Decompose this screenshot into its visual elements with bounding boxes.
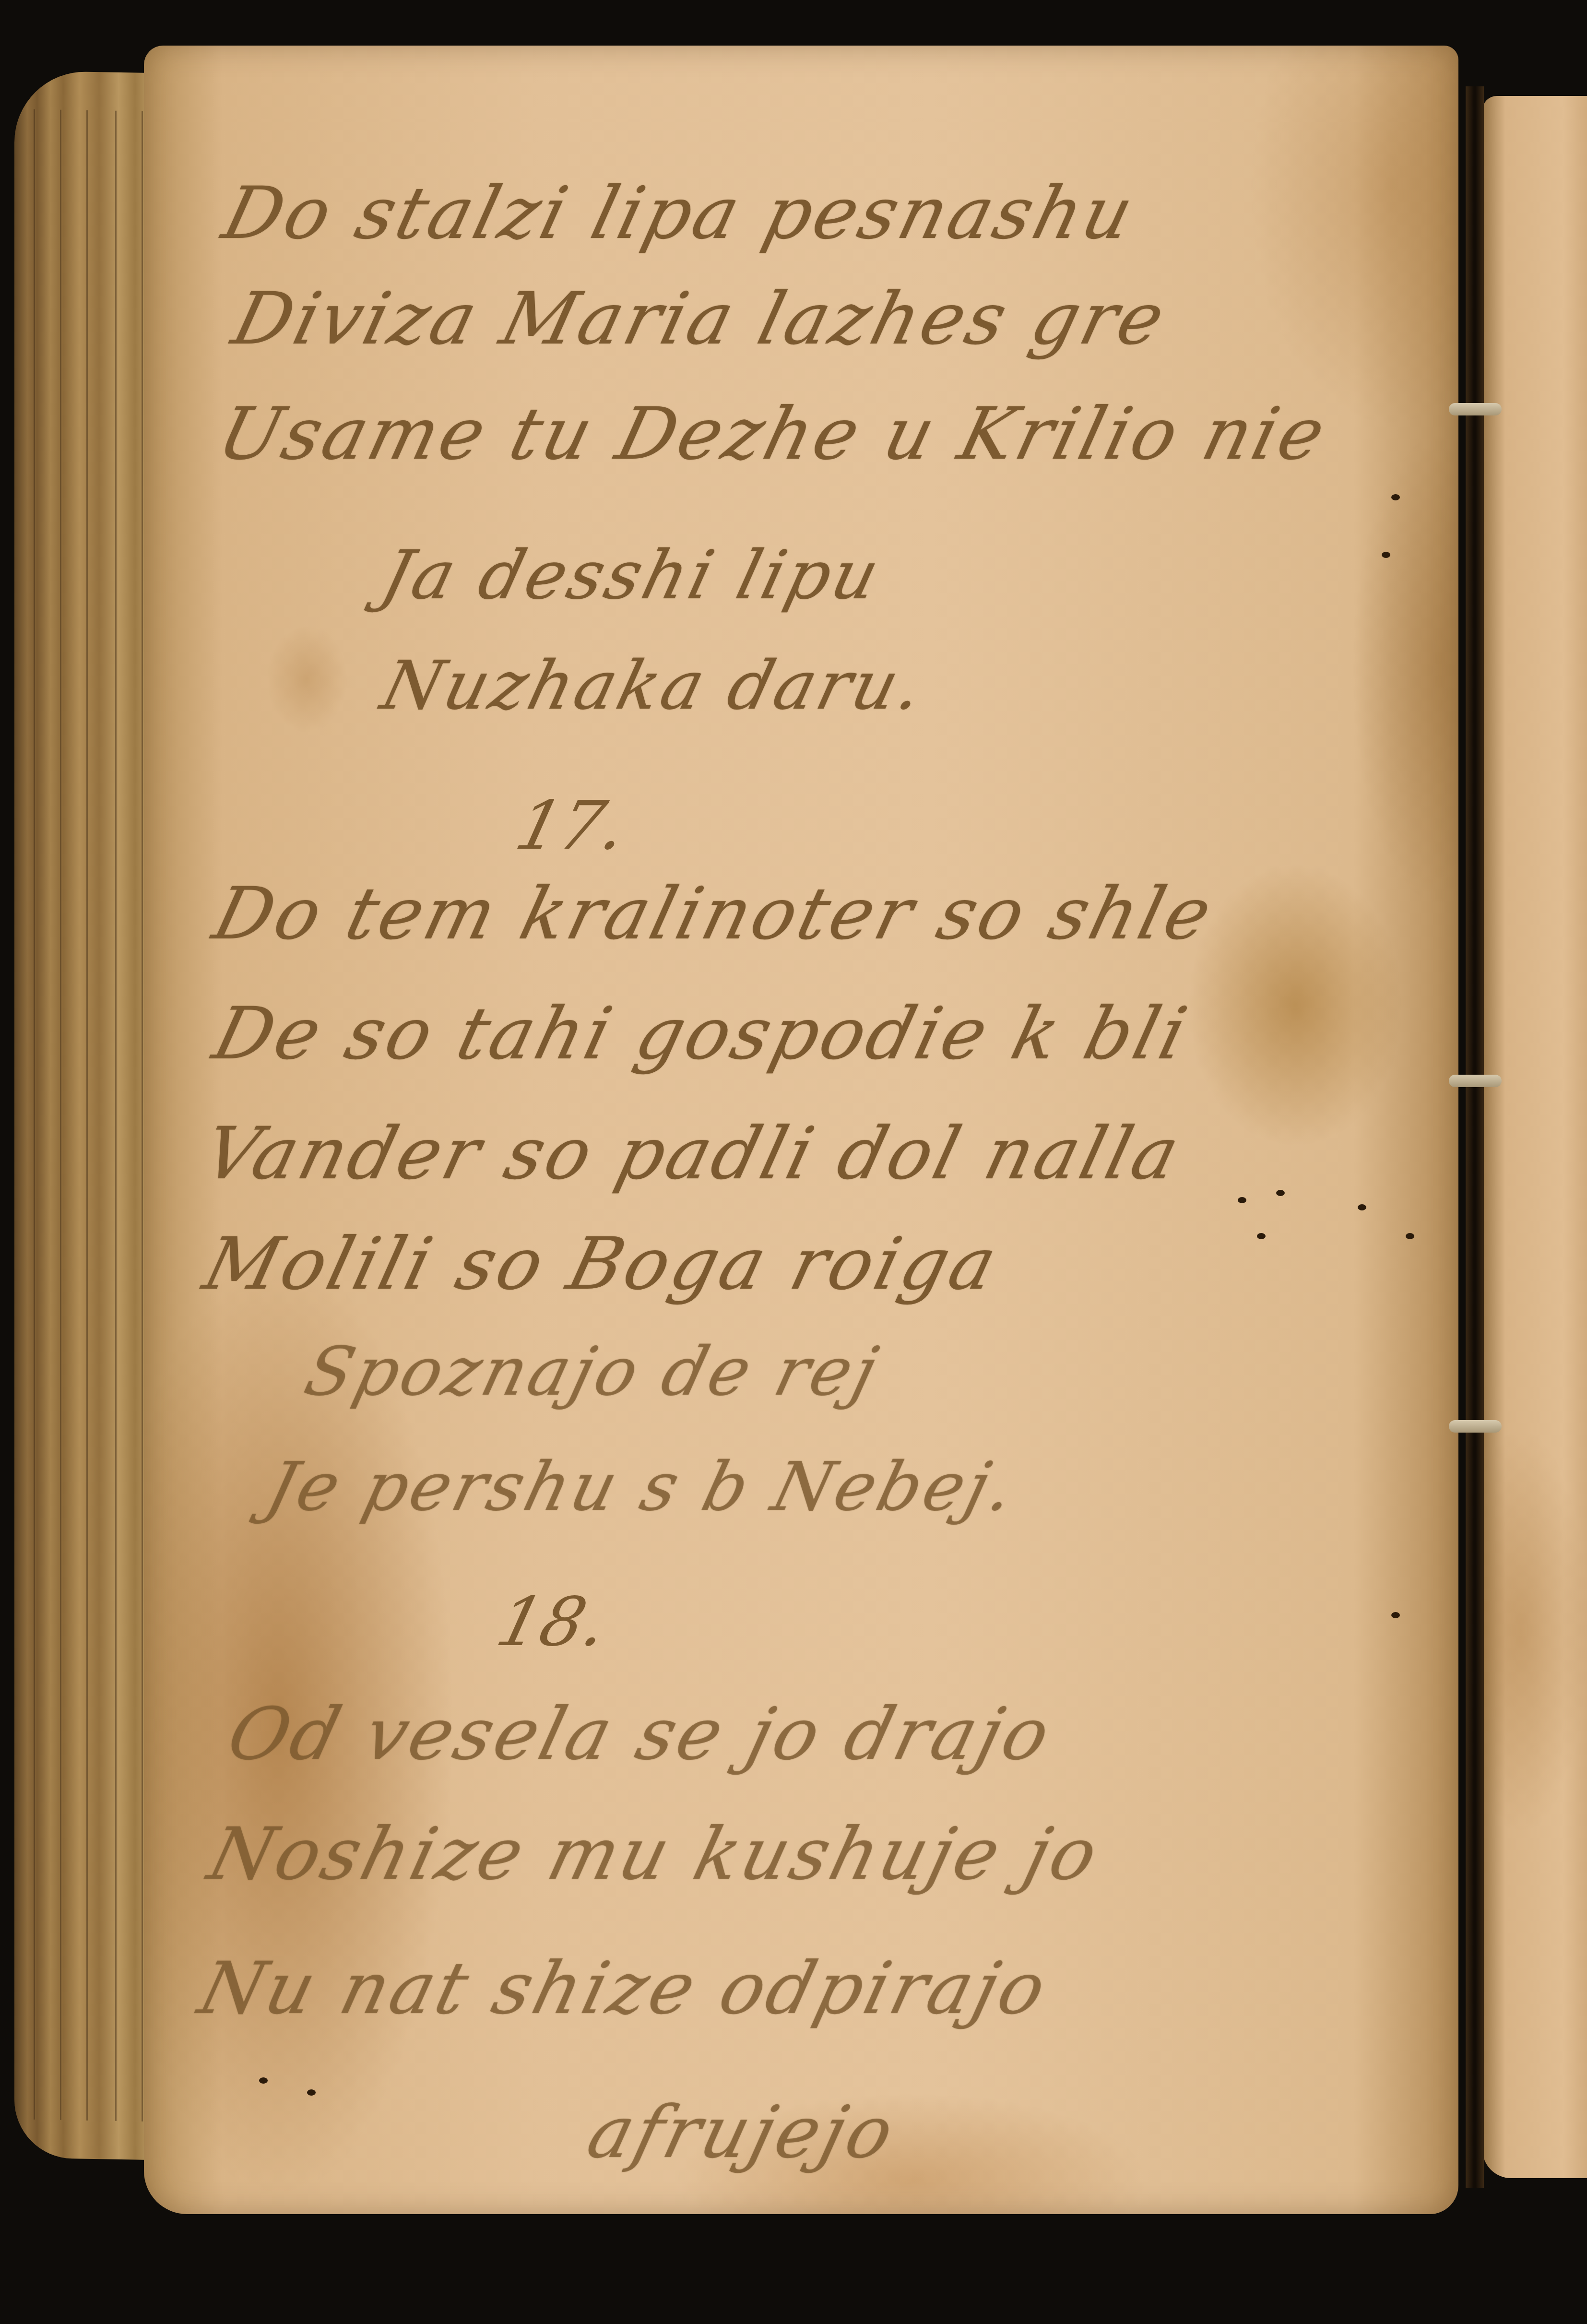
stanza-number: 17. [509,787,635,865]
verse-line: Do stalzi lipa pesnashu [216,178,1142,249]
verse-line: Od vesela se jo drajo [221,1698,1059,1770]
verse-line: Noshize mu kushuje jo [202,1818,1107,1890]
verse-line: Usame tu Dezhe u Krilio nie [212,398,1334,470]
verse-line: Do tem kralinoter so shle [207,878,1220,950]
verse-line: Nu nat shize odpirajo [192,1953,1055,2025]
verse-line: Molili so Boga roiga [197,1228,1006,1300]
verse-line: afrujejo [581,2097,903,2169]
refrain-line: Nuzhaka daru. [376,652,932,720]
manuscript-text: Do stalzi lipa pesnashu Diviza Maria laz… [0,0,1587,2324]
stanza-number: 18. [489,1583,616,1661]
verse-line: Vander so padli dol nalla [197,1118,1188,1190]
refrain-line: Spoznajo de rej [299,1339,886,1406]
verse-line: Diviza Maria lazhes gre [226,283,1173,355]
refrain-line: Je pershu s b Nebej. [261,1454,1024,1521]
verse-line: De so tahi gospodie k bli [207,998,1196,1070]
refrain-line: Ja desshi lipu [376,542,888,609]
